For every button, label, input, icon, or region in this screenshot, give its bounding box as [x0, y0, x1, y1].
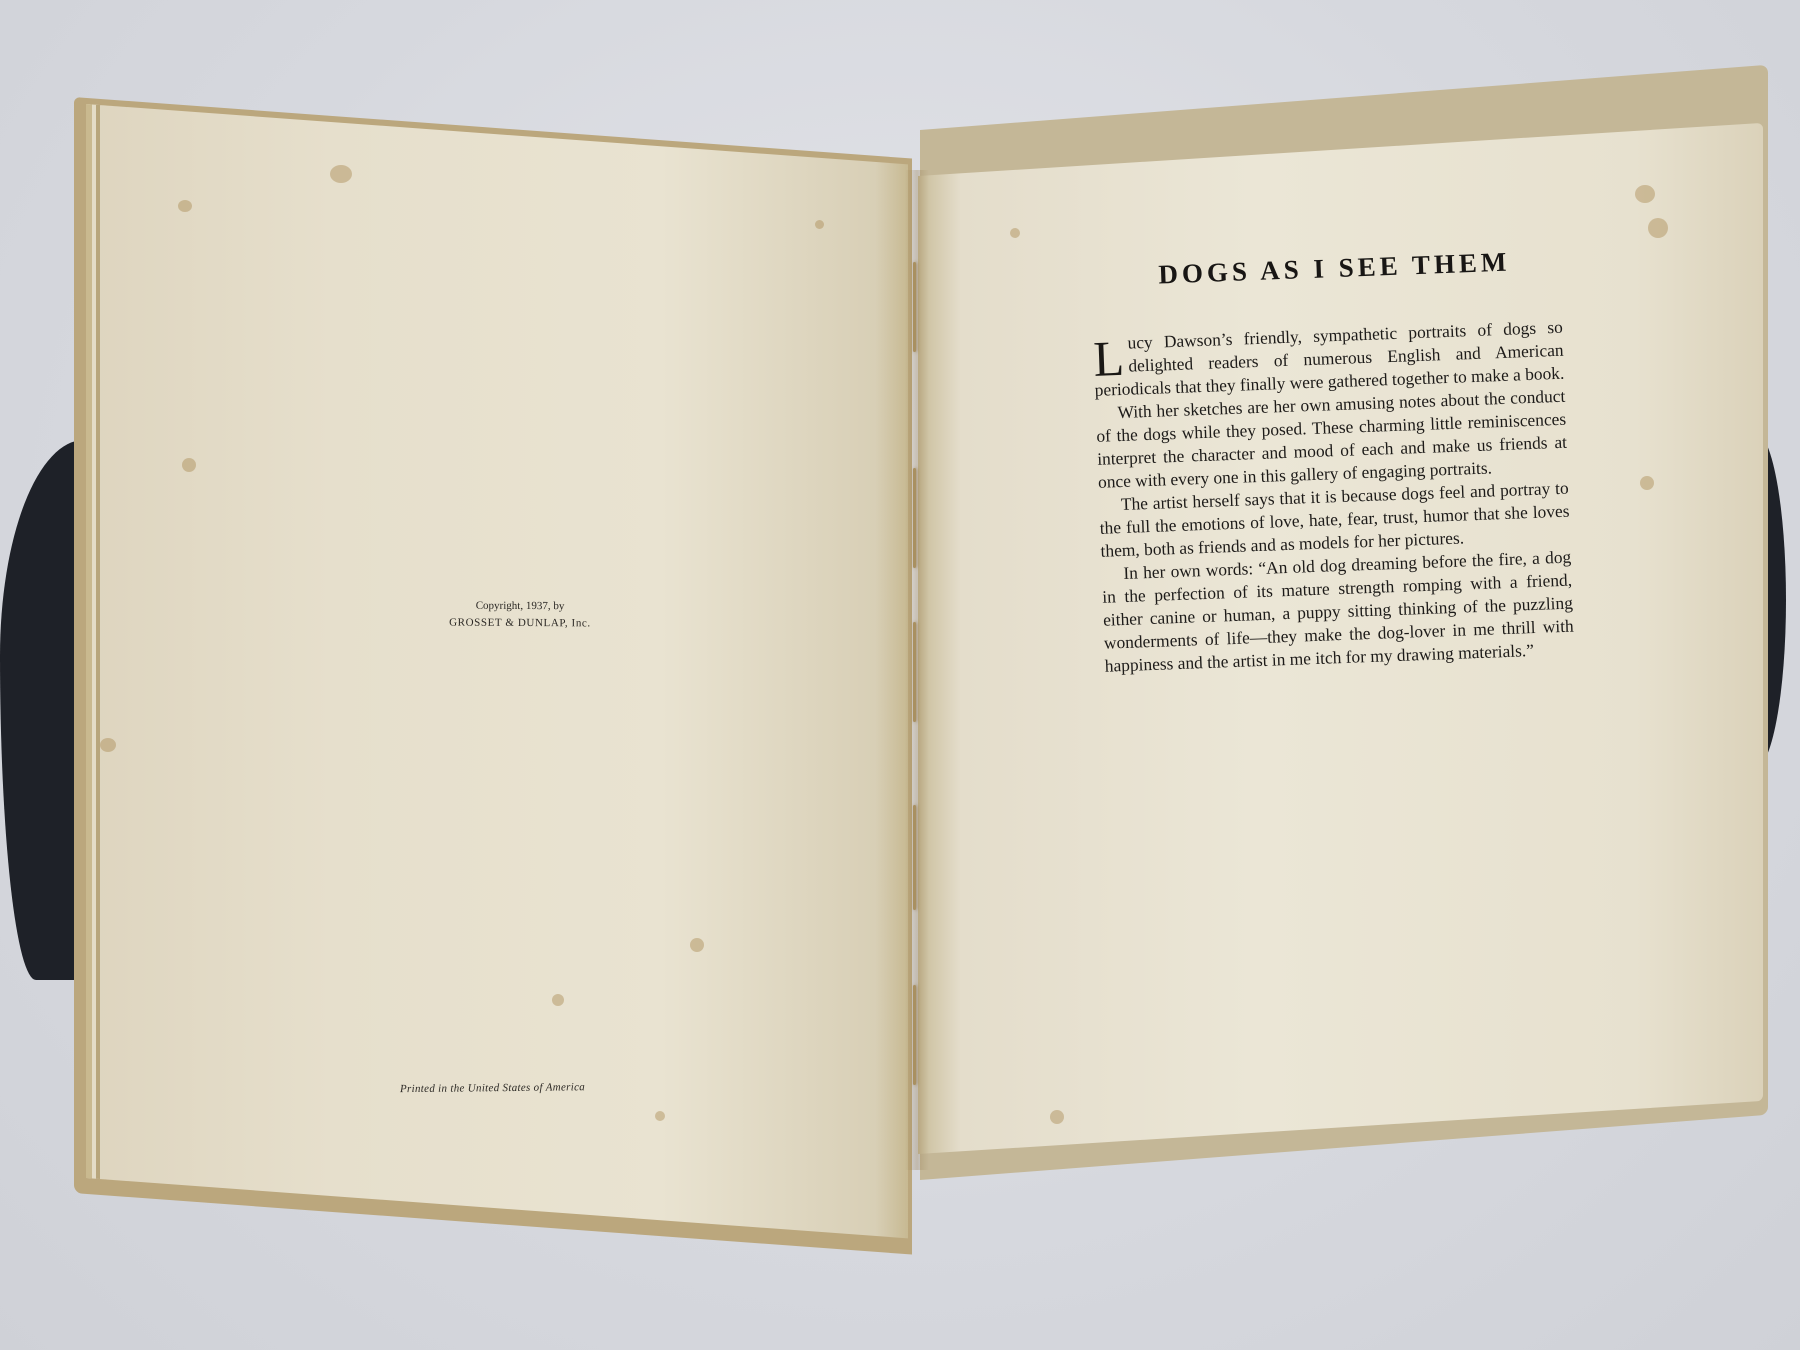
- paragraph: With her sketches are her own amusing no…: [1095, 385, 1568, 494]
- foxing-spot: [815, 220, 824, 229]
- binding-stitch: [913, 468, 916, 568]
- drop-cap: L: [1093, 338, 1125, 379]
- foxing-spot: [1640, 476, 1654, 490]
- foxing-spot: [178, 200, 192, 212]
- foxing-spot: [100, 738, 116, 752]
- foxing-spot: [1010, 228, 1020, 238]
- foxing-spot: [690, 938, 704, 952]
- imprint-line: Printed in the United States of America: [400, 1081, 620, 1095]
- open-book: Copyright, 1937, by GROSSET & DUNLAP, In…: [0, 0, 1800, 1350]
- foxing-spot: [552, 994, 564, 1006]
- foxing-spot: [330, 165, 352, 183]
- foxing-spot: [182, 458, 196, 472]
- foxing-spot: [655, 1111, 665, 1121]
- binding-stitch: [913, 262, 916, 352]
- foxing-spot: [1648, 218, 1668, 238]
- paragraph: In her own words: “An old dog dreaming b…: [1101, 546, 1575, 678]
- copyright-notice: Copyright, 1937, by GROSSET & DUNLAP, In…: [420, 597, 620, 632]
- binding-stitch: [913, 805, 916, 910]
- foreword-block: DOGS AS I SEE THEM Lucy Dawson’s friendl…: [1090, 245, 1575, 678]
- binding-stitch: [913, 622, 916, 722]
- copyright-line: Copyright, 1937, by: [420, 597, 620, 615]
- foxing-spot: [1635, 185, 1655, 203]
- book-gutter: [905, 170, 929, 1170]
- binding-stitch: [913, 985, 916, 1085]
- publisher-line: GROSSET & DUNLAP, Inc.: [420, 614, 620, 632]
- left-page: [86, 104, 908, 1238]
- foxing-spot: [1050, 1110, 1064, 1124]
